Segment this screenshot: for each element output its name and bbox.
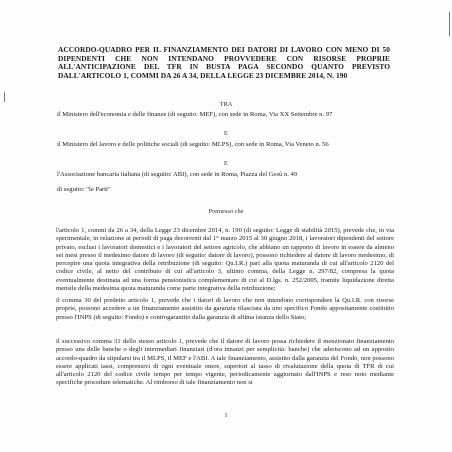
document-title: ACCORDO-QUADRO PER IL FINANZIAMENTO DEI … [58,46,390,80]
paragraph-2: il comma 30 del predetto articolo 1, pre… [56,297,394,322]
paragraph-1: l'articolo 1, commi da 26 a 34, della Le… [56,227,394,293]
tra-label: TRA [0,101,452,108]
conjunction-1: E [0,130,452,137]
scanned-document-page: ACCORDO-QUADRO PER IL FINANZIAMENTO DEI … [0,0,452,452]
party-abi: l'Associazione bancaria italiana (di seg… [57,171,393,179]
page-number: 1 [0,412,452,419]
premesso-heading: Premesso che [0,208,452,215]
conjunction-2: E [0,160,452,167]
party-mlps: il Ministero del lavoro e delle politich… [57,141,393,149]
party-mef: il Ministero dell'economia e delle finan… [57,111,393,119]
paragraph-3: il successivo comma 31 dello stesso arti… [56,338,394,388]
scan-artifact [449,12,450,36]
parties-note: di seguito: "le Parti" [57,186,393,194]
